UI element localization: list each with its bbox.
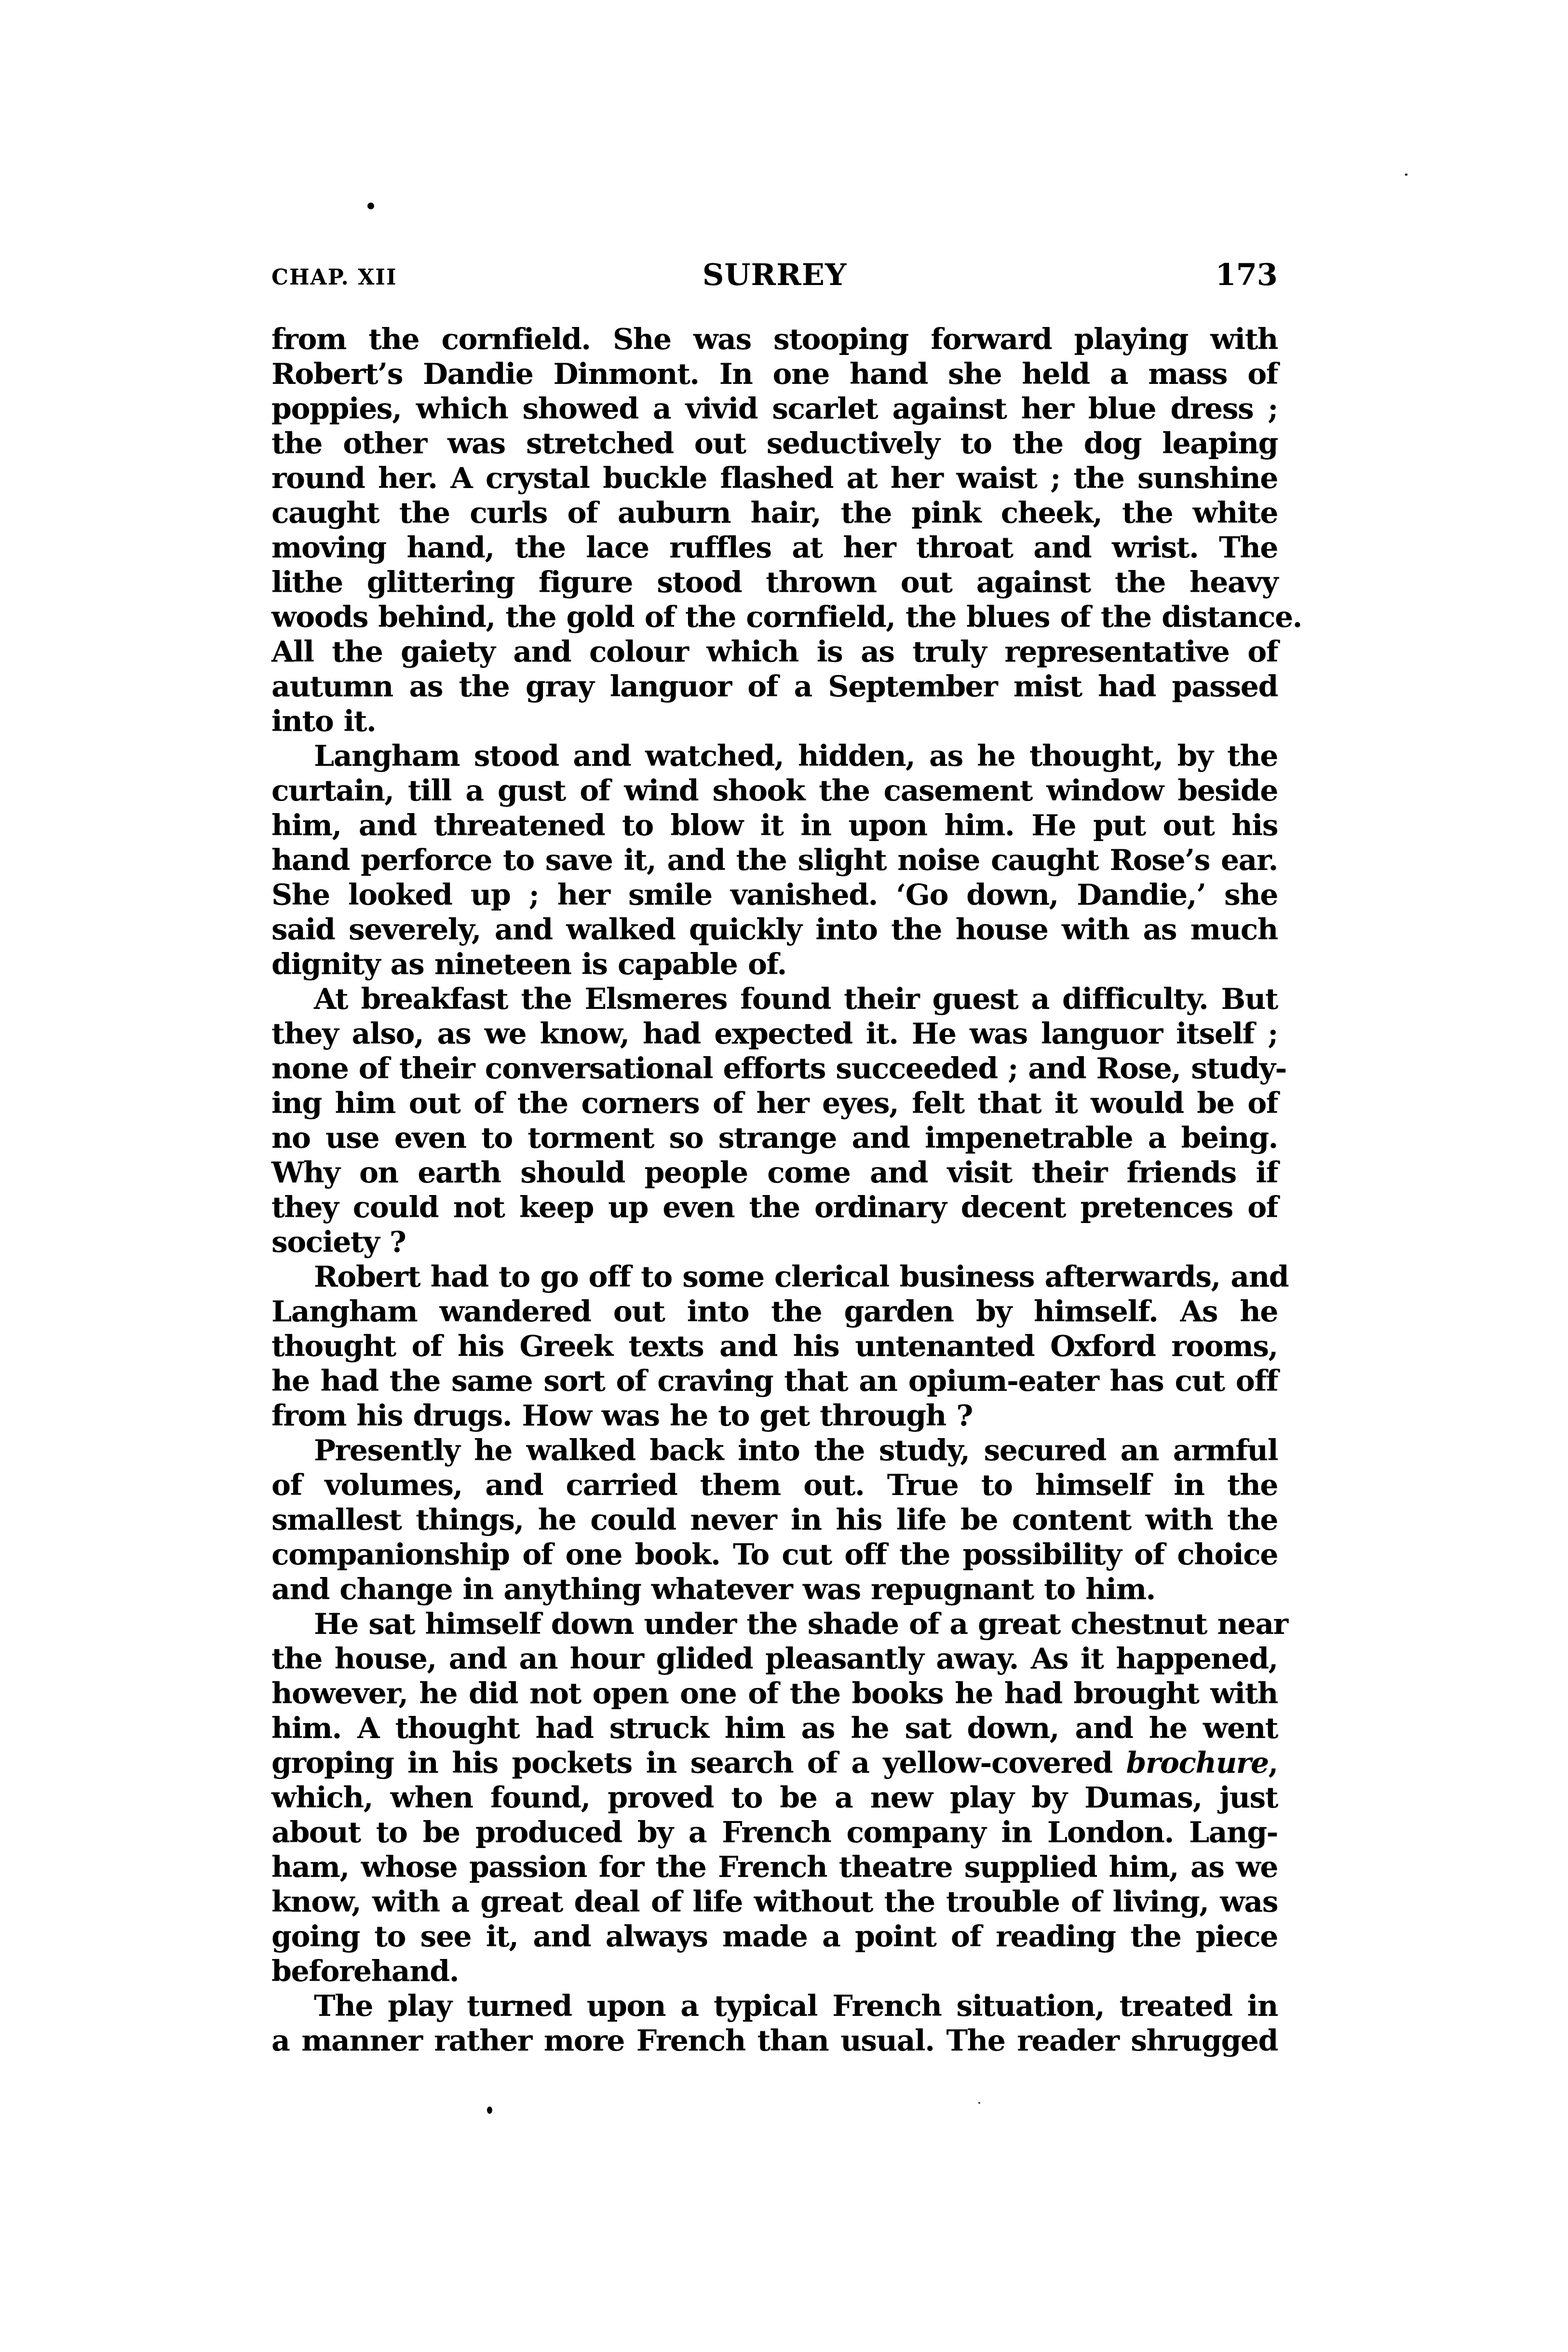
text-line: caught the curls of auburn hair, the pin… bbox=[271, 496, 1278, 530]
book-page: CHAP. XII SURREY 173 from the cornfield.… bbox=[0, 0, 1568, 2352]
text-line: He sat himself down under the shade of a… bbox=[271, 1607, 1278, 1642]
text-line: round her. A crystal buckle flashed at h… bbox=[271, 461, 1278, 496]
text-line: into it. bbox=[271, 704, 1278, 739]
text-line: of volumes, and carried them out. True t… bbox=[271, 1468, 1278, 1503]
text-line: society ? bbox=[271, 1225, 1278, 1260]
text-line: they also, as we know, had expected it. … bbox=[271, 1017, 1278, 1051]
running-title: SURREY bbox=[271, 259, 1278, 290]
text-line: dignity as nineteen is capable of. bbox=[271, 947, 1278, 982]
paragraph: Robert had to go off to some clerical bu… bbox=[271, 1260, 1278, 1433]
text-line: he had the same sort of craving that an … bbox=[271, 1364, 1278, 1399]
text-line: Presently he walked back into the study,… bbox=[271, 1433, 1278, 1468]
text-line: know, with a great deal of life without … bbox=[271, 1885, 1278, 1919]
paragraph: At breakfast the Elsmeres found their gu… bbox=[271, 982, 1278, 1260]
text-line: ing him out of the corners of her eyes, … bbox=[271, 1086, 1278, 1121]
page-number: 173 bbox=[1216, 259, 1278, 290]
text-line: and change in anything whatever was repu… bbox=[271, 1572, 1278, 1607]
text-line: a manner rather more French than usual. … bbox=[271, 2024, 1278, 2058]
text-line: they could not keep up even the ordinary… bbox=[271, 1190, 1278, 1225]
text-line: All the gaiety and colour which is as tr… bbox=[271, 635, 1278, 669]
text-line: Robert’s Dandie Dinmont. In one hand she… bbox=[271, 357, 1278, 392]
text-line: the other was stretched out seductively … bbox=[271, 426, 1278, 461]
text-line: him, and threatened to blow it in upon h… bbox=[271, 808, 1278, 843]
text-line: hand perforce to save it, and the slight… bbox=[271, 843, 1278, 878]
text-line: curtain, till a gust of wind shook the c… bbox=[271, 774, 1278, 808]
text-line: no use even to torment so strange and im… bbox=[271, 1121, 1278, 1156]
text-line: beforehand. bbox=[271, 1954, 1278, 1989]
text-line: moving hand, the lace ruffles at her thr… bbox=[271, 530, 1278, 565]
text-line: thought of his Greek texts and his unten… bbox=[271, 1329, 1278, 1364]
text-line: which, when found, proved to be a new pl… bbox=[271, 1781, 1278, 1815]
text-line: lithe glittering figure stood thrown out… bbox=[271, 565, 1278, 600]
text-line: The play turned upon a typical French si… bbox=[271, 1989, 1278, 2024]
text-line: the house, and an hour glided pleasantly… bbox=[271, 1642, 1278, 1676]
text-line: Langham wandered out into the garden by … bbox=[271, 1294, 1278, 1329]
text-line: going to see it, and always made a point… bbox=[271, 1919, 1278, 1954]
text-line: Why on earth should people come and visi… bbox=[271, 1156, 1278, 1190]
text-line: ham, whose passion for the French theatr… bbox=[271, 1850, 1278, 1885]
paragraph: Langham stood and watched, hidden, as he… bbox=[271, 739, 1278, 982]
scan-speck bbox=[1405, 174, 1407, 176]
text-line: poppies, which showed a vivid scarlet ag… bbox=[271, 392, 1278, 426]
text-line: from the cornfield. She was stooping for… bbox=[271, 322, 1278, 357]
text-line: At breakfast the Elsmeres found their gu… bbox=[271, 982, 1278, 1017]
text-line: smallest things, he could never in his l… bbox=[271, 1503, 1278, 1537]
text-line: however, he did not open one of the book… bbox=[271, 1676, 1278, 1711]
text-line: Langham stood and watched, hidden, as he… bbox=[271, 739, 1278, 774]
text-line: from his drugs. How was he to get throug… bbox=[271, 1399, 1278, 1433]
italic-word: brochure bbox=[1126, 1746, 1268, 1780]
text-line: Robert had to go off to some clerical bu… bbox=[271, 1260, 1278, 1294]
text-line: woods behind, the gold of the cornfield,… bbox=[271, 600, 1278, 635]
text-line: said severely, and walked quickly into t… bbox=[271, 912, 1278, 947]
text-line: autumn as the gray languor of a Septembe… bbox=[271, 669, 1278, 704]
paragraph: He sat himself down under the shade of a… bbox=[271, 1607, 1278, 1989]
text-line: She looked up ; her smile vanished. ‘Go … bbox=[271, 878, 1278, 912]
text-line: him. A thought had struck him as he sat … bbox=[271, 1711, 1278, 1746]
scan-speck bbox=[487, 2107, 492, 2114]
running-head: CHAP. XII SURREY 173 bbox=[271, 259, 1278, 290]
paragraph: from the cornfield. She was stooping for… bbox=[271, 322, 1278, 739]
paragraph: Presently he walked back into the study,… bbox=[271, 1433, 1278, 1607]
paragraph: The play turned upon a typical French si… bbox=[271, 1989, 1278, 2058]
scan-speck bbox=[978, 2102, 980, 2104]
text-line: companionship of one book. To cut off th… bbox=[271, 1537, 1278, 1572]
body-text: from the cornfield. She was stooping for… bbox=[271, 322, 1278, 2058]
scan-speck bbox=[367, 203, 374, 209]
text-line: about to be produced by a French company… bbox=[271, 1815, 1278, 1850]
text-line: groping in his pockets in search of a ye… bbox=[271, 1746, 1278, 1781]
text-line: none of their conversational efforts suc… bbox=[271, 1051, 1278, 1086]
